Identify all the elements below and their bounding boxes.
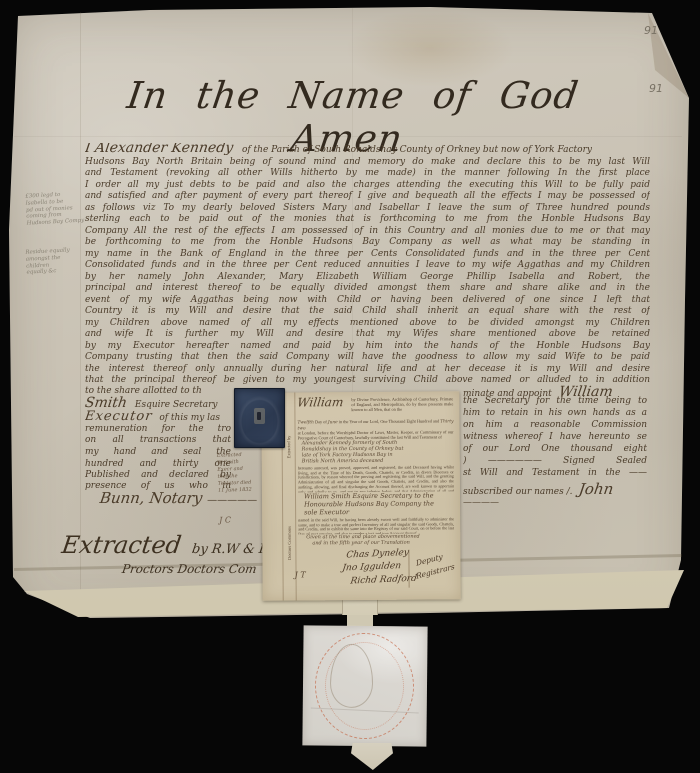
stamp-emboss-dot	[257, 412, 261, 420]
photo-backdrop: 91 91 £300 legd to Isabella to be pd out…	[0, 0, 700, 773]
will-right-column-line: him to retain in his own hands as a	[463, 408, 647, 420]
will-left-column-line: Executor of this my las	[85, 409, 231, 424]
will-line: and satisfied and after payment of every…	[85, 191, 650, 203]
form-print-text: Day of	[315, 419, 327, 424]
form-closing-paragraph: named in the said Will, he having been a…	[298, 517, 454, 534]
form-grant-line: sole Executor	[304, 510, 349, 516]
will-right-column-line: on him a reasonable Commission	[463, 420, 647, 432]
form-insert: June	[328, 420, 338, 425]
form-footer-mark: J T	[295, 572, 306, 578]
probate-form-slip: Extracted by Doctors Commons William by …	[261, 391, 460, 600]
witness-signature: John	[578, 480, 615, 498]
will-right-column-line: the Secretary for the time being to	[463, 396, 647, 408]
form-side-label: Doctors Commons	[287, 512, 292, 574]
form-insert: Twelfth	[297, 420, 313, 425]
will-line-text: of the Parish of South Ronaldshay County…	[242, 145, 592, 155]
form-deceased-line: British North America deceased	[302, 459, 384, 465]
form-margin-note: Extracted W Smith Execr and that the Tes…	[217, 451, 265, 525]
form-archbishop-name: William	[296, 395, 344, 409]
signature-text: Bunn, Notary	[99, 489, 204, 507]
will-line: principal and interest thereof to be equ…	[85, 283, 650, 295]
script-word: Proctors Doctors Com	[121, 562, 258, 576]
will-right-column-line: witness whereof I have hereunto se	[463, 432, 647, 444]
will-right-column-line: ) —————— Signed Sealed	[463, 456, 647, 468]
script-word: Extracted	[60, 531, 183, 559]
form-attestation-line: and in the fifth year of our Translation	[312, 541, 410, 547]
form-paragraph: hereunto annexed, was proved, approved, …	[298, 465, 454, 492]
pencil-note: Residue equally amongst the children equ…	[25, 246, 90, 276]
will-line-text: subscribed our names /.	[463, 487, 573, 497]
will-right-column-line: subscribed our names /. John	[463, 480, 647, 498]
will-line: and Testament (revoking all other Wills …	[85, 168, 650, 180]
will-line: and wife It is further my Will and desir…	[85, 329, 650, 341]
seal-tag	[302, 625, 427, 746]
proctors-line: Proctors Doctors Com	[122, 558, 257, 577]
will-left-column-line: my hand and seal the	[85, 447, 231, 459]
extracted-signature: Extracted by R.W & F. J	[62, 531, 280, 559]
will-line: be forthcoming to me from the Honble Hud…	[85, 237, 650, 249]
testator-name: I Alexander Kennedy	[85, 143, 234, 154]
will-line: Company trusting that then the said Comp…	[85, 352, 650, 364]
seal-tongue-tip	[351, 743, 393, 770]
pencil-note: £300 legd to Isabella to be pd out of mo…	[25, 190, 91, 227]
will-line-text: of this my las	[159, 413, 220, 423]
will-line: sterling each to be paid out of the moni…	[85, 214, 650, 226]
script-word: Executor	[85, 409, 153, 424]
duty-stamp	[234, 388, 285, 448]
folio-number: 91	[649, 82, 663, 95]
stamp-emboss-mark	[254, 408, 265, 424]
form-print-line: at London, before the Worshipful Doctor …	[298, 429, 454, 440]
form-print-line: by Divine Providence, Archbishop of Cant…	[351, 396, 453, 418]
form-print-text: in the Year of our Lord, One Thousand Ei…	[339, 418, 439, 424]
will-line: Country it is my Will and desire that th…	[85, 306, 650, 318]
will-right-column-line: st Will and Testament in the ——	[463, 468, 647, 480]
signature-flourish: ————	[463, 498, 647, 510]
will-line: Consolidated funds and in the three per …	[85, 260, 650, 272]
will-left-column-line: on all transactions that	[85, 435, 231, 447]
form-side-label: Extracted by	[286, 416, 291, 478]
will-line: I Alexander Kennedy of the Parish of Sou…	[85, 143, 650, 155]
will-right-column-line: of our Lord One thousand eight	[463, 444, 647, 456]
form-grant-line: Honourable Hudsons Bay Company the	[304, 501, 434, 508]
folio-number: 91	[644, 24, 658, 37]
margin-note-line: 11 June 1832	[218, 486, 264, 495]
